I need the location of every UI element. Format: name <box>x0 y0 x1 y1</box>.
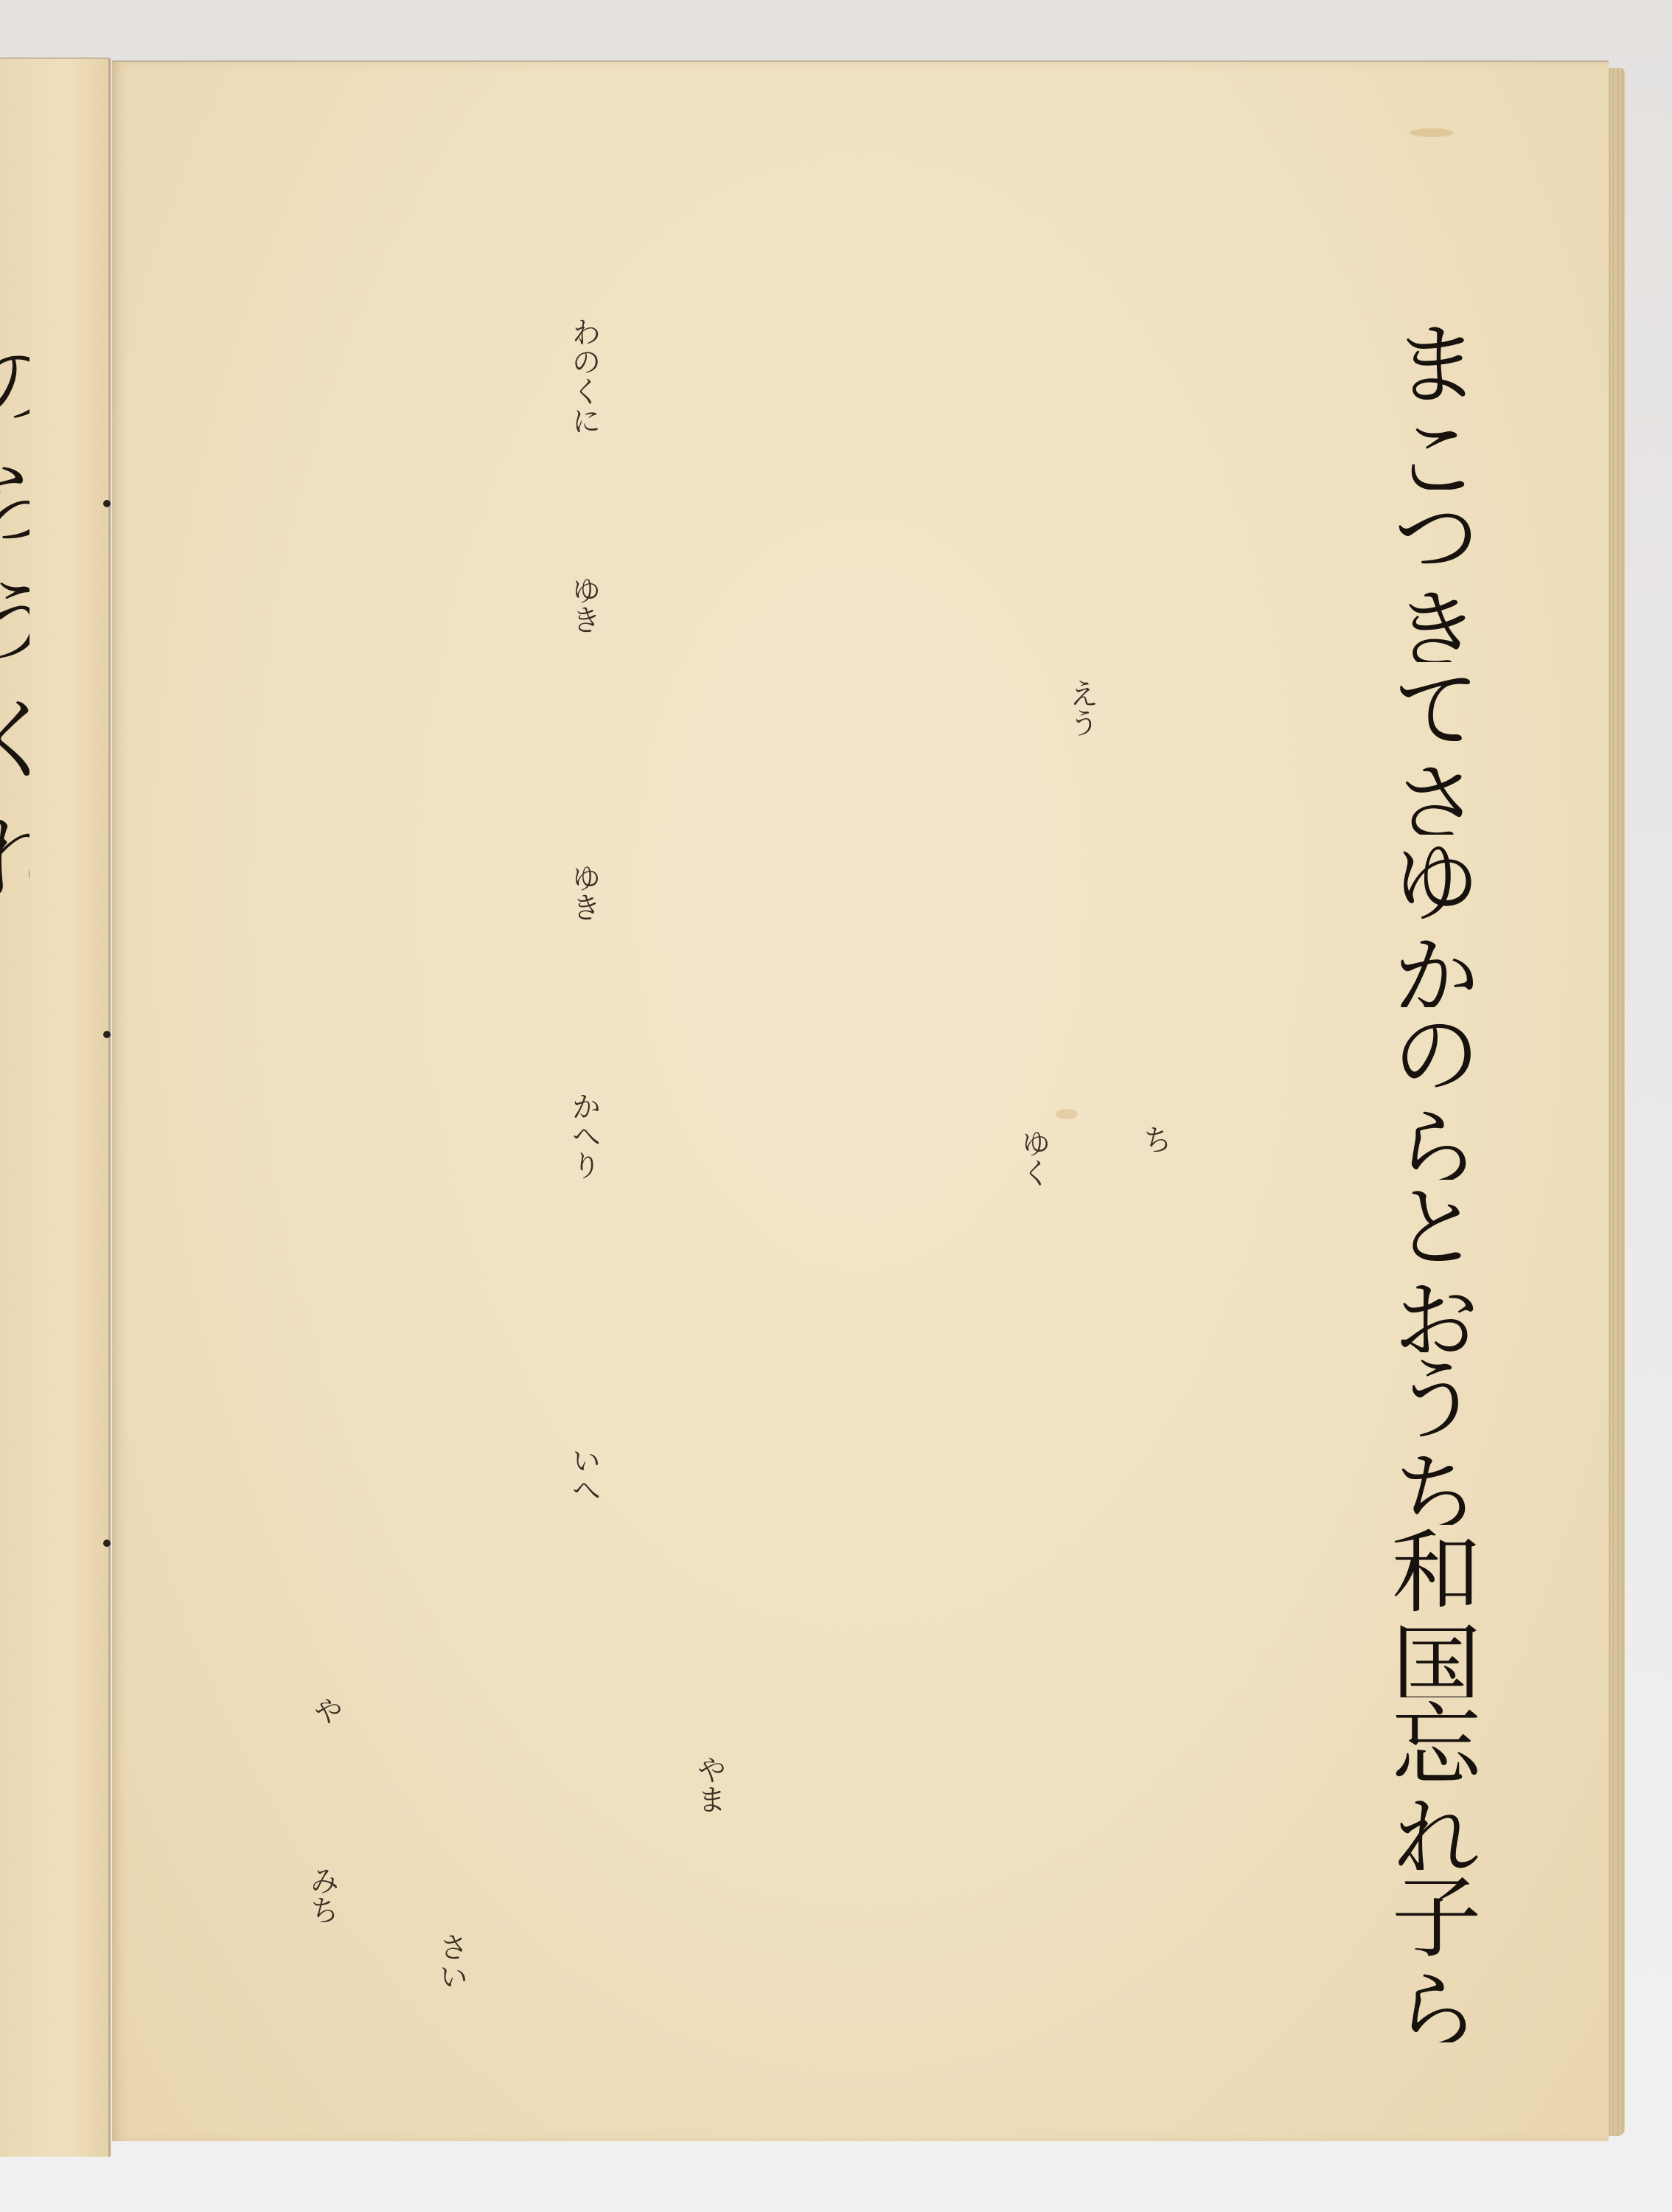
text-column-6: とおもふらにいひ書きつるいふよまもらひく <box>1370 1180 1488 1352</box>
text-column-5: のらへくもかけぬそまことありくひとよき <box>1370 1007 1488 1180</box>
paper-stain <box>1410 128 1454 137</box>
text-column-4: ゆかんとて扇のうけて行よりやすやいかふを <box>1370 835 1488 1007</box>
left-page: のらうくれ <box>0 58 111 2157</box>
furigana-yuku: ゆく <box>1017 1128 1050 1187</box>
furigana-ihe: いへ <box>568 1445 600 1504</box>
text-column-1: まことは忘れぬ者を与ふるにあらくれ <box>1370 317 1488 490</box>
text-column-9: 忘れくいひつきそて少しもせくり名われ妻 <box>1370 1697 1488 1870</box>
gutter-fold <box>108 59 111 2157</box>
binding-hole <box>103 1031 111 1038</box>
furigana-yuki-2: ゆき <box>568 863 600 922</box>
left-page-text: のらうくれ <box>0 339 29 2109</box>
manuscript-text-block: まことは忘れぬ者を与ふるにあらくれ つきあまりて書の血なりけりおもひ てさんぞう… <box>308 317 1488 2042</box>
text-column-3: てさんぞう流をしらいあらしをきあれて <box>1370 662 1488 835</box>
furigana-ya: や <box>310 1696 342 1725</box>
furigana-yuki-1: ゆき <box>568 575 600 634</box>
furigana-eu: えう <box>1065 678 1098 737</box>
binding-hole <box>103 500 111 507</box>
page-edges <box>1609 68 1625 2136</box>
text-column-7: うちたくし何さるそのぬしらをつきみて大 <box>1370 1352 1488 1525</box>
furigana-wanokuni: わのくに <box>568 317 600 435</box>
binding-hole <box>103 1540 111 1547</box>
furigana-kaheri: かへり <box>568 1091 600 1180</box>
text-column-2: つきあまりて書の血なりけりおもひ <box>1370 490 1488 662</box>
furigana-yama: やま <box>693 1755 725 1814</box>
furigana-chi: ち <box>1139 1124 1171 1154</box>
text-column-10: 子ら兄の行しそて大なるよ行しくよ矢の路 <box>1370 1870 1488 2042</box>
furigana-michi: みち <box>306 1865 338 1924</box>
furigana-sai: さい <box>435 1932 467 1991</box>
text-column-8: 和国へ赴く行て帰しり家よあけへく <box>1370 1525 1488 1697</box>
